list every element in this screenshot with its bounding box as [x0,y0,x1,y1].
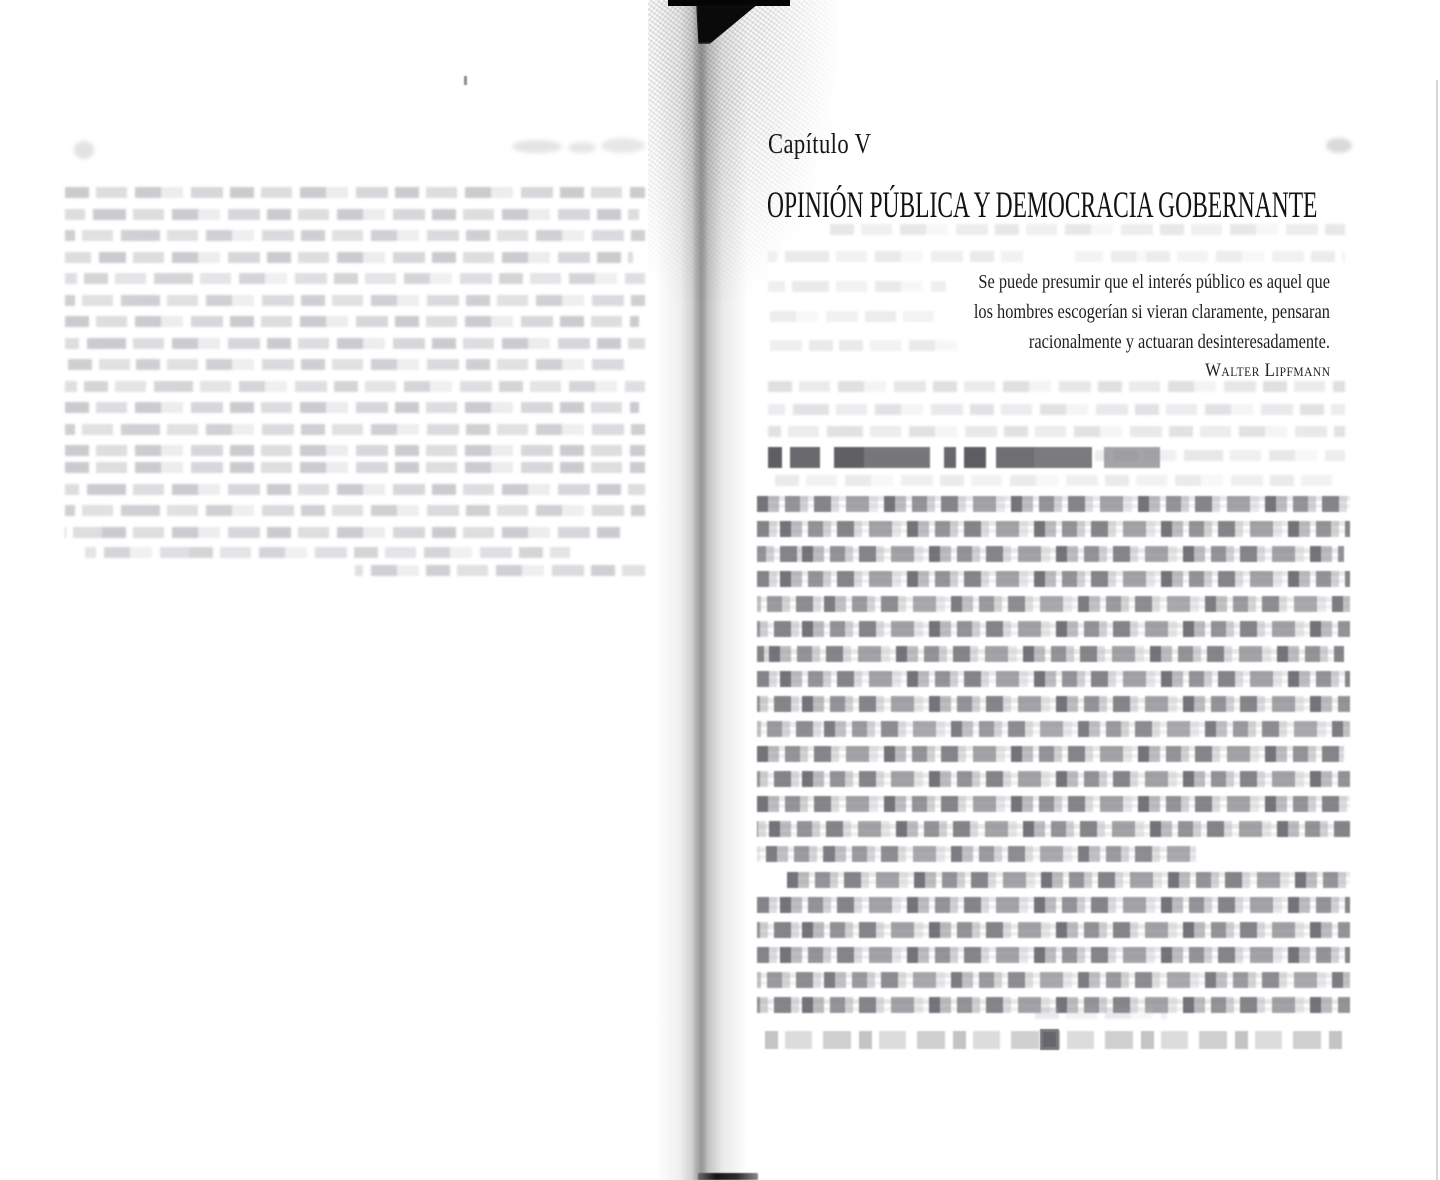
redacted-line [757,621,1350,637]
page-number-smudge [1326,138,1352,153]
section-heading-redacted [768,447,1168,468]
redacted-line [757,596,1350,612]
epigraph-line: los hombres escogerían si vieran clarame… [974,298,1330,328]
body-paragraph-redacted [757,872,1350,1022]
ghost-line [355,565,645,576]
redacted-line [757,496,1350,512]
ghost-line [1035,1008,1167,1019]
footnote-dark-block [1040,1029,1059,1050]
book-spread: Capítulo V OPINIÓN PÚBLICA Y DEMOCRACIA … [0,0,1440,1180]
redacted-line [757,696,1350,712]
ghost-line [65,505,645,516]
redacted-line [757,571,1350,587]
redacted-line [757,646,1344,662]
gutter-bottom-mark [698,1173,758,1180]
redacted-line [757,922,1350,938]
redacted-line [757,972,1350,988]
ghost-line [65,527,620,538]
ghost-text-block [0,0,656,600]
redacted-line [757,897,1350,913]
epigraph-attribution: Walter Lipfmann [1205,360,1330,382]
scan-smudge [74,141,94,159]
redacted-line [757,671,1350,687]
scan-speck [464,76,467,85]
scanned-book-spread: { "page": { "paper_color": "#ffffff", "i… [0,0,1440,1180]
page-title: OPINIÓN PÚBLICA Y DEMOCRACIA GOBERNANTE [767,184,1317,227]
redacted-line [757,546,1344,562]
epigraph-line: racionalmente y actuaran desinteresadame… [974,328,1330,358]
epigraph: Se puede presumir que el interés público… [906,268,1330,358]
redacted-line [757,846,1196,862]
ghost-line [65,462,645,473]
redacted-line [757,746,1344,762]
redacted-line [757,947,1350,963]
redacted-line [757,796,1350,812]
scan-smudge [601,138,645,153]
epigraph-line: Se puede presumir que el interés público… [974,268,1330,298]
scan-edge-line [1436,80,1438,1180]
ghost-line [85,547,570,558]
scan-smudge [512,140,562,153]
redacted-line [757,821,1350,837]
binding-gutter-grain [648,0,838,300]
scan-smudge [568,142,596,153]
redacted-line [787,872,1350,888]
redacted-line [757,521,1350,537]
redacted-line [757,771,1350,787]
left-page [0,0,656,1180]
redacted-line [757,721,1350,737]
body-paragraph-redacted [757,496,1350,871]
ghost-line [65,484,645,495]
